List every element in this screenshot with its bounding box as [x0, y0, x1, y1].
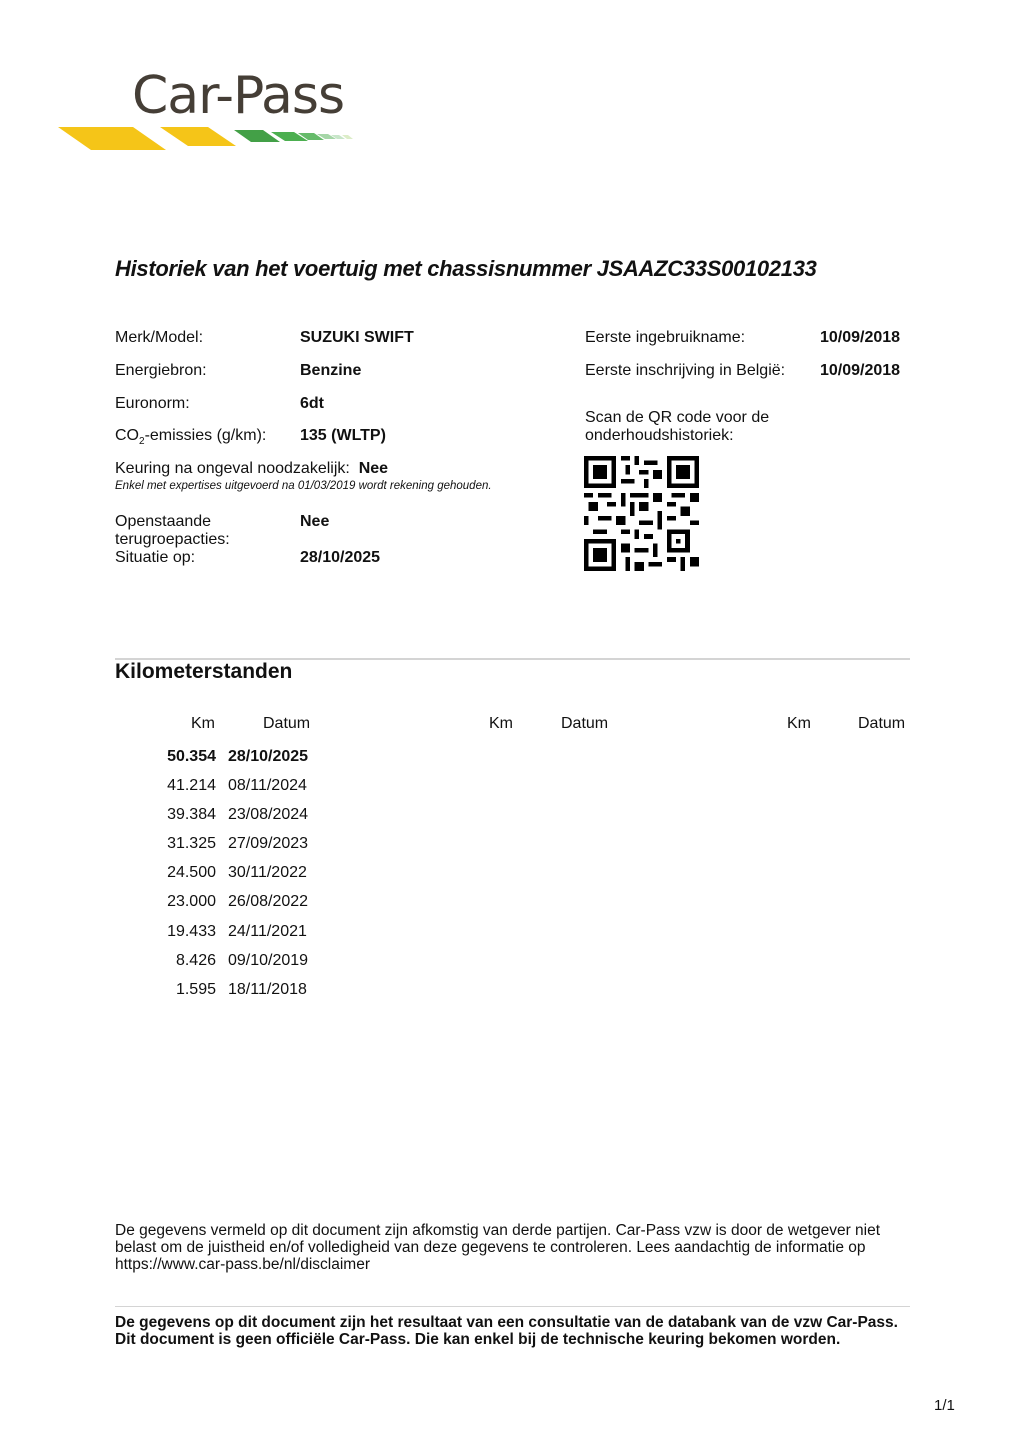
inspection-label: Keuring na ongeval noodzakelijk: [115, 460, 350, 477]
table-row: 41.21408/11/2024 [150, 777, 320, 801]
first-use-label: Eerste ingebruikname: [585, 329, 745, 347]
official-notice-line1: De gegevens op dit document zijn het res… [115, 1314, 925, 1331]
km-value: 19.433 [167, 923, 216, 941]
euronorm-value: 6dt [300, 395, 324, 413]
inspection-note: Enkel met expertises uitgevoerd na 01/03… [115, 480, 492, 492]
car-pass-logo-text: Car-Pass [132, 70, 344, 122]
date-value: 08/11/2024 [228, 777, 307, 795]
inspection-row: Keuring na ongeval noodzakelijk: Nee [115, 460, 388, 478]
km-header-3: Km [787, 715, 811, 733]
recalls-value: Nee [300, 513, 329, 531]
km-header-2: Km [489, 715, 513, 733]
table-row: 24.50030/11/2022 [150, 864, 320, 888]
date-value: 27/09/2023 [228, 835, 308, 853]
co2-label-suffix: -emissies (g/km): [145, 427, 267, 444]
first-registration-value: 10/09/2018 [820, 362, 900, 380]
date-value: 18/11/2018 [228, 981, 307, 999]
euronorm-label: Euronorm: [115, 395, 190, 413]
km-value: 23.000 [167, 893, 216, 911]
official-notice: De gegevens op dit document zijn het res… [115, 1314, 925, 1348]
first-use-value: 10/09/2018 [820, 329, 900, 347]
mileage-section-title: Kilometerstanden [115, 660, 292, 684]
table-row: 31.32527/09/2023 [150, 835, 320, 859]
table-row: 19.43324/11/2021 [150, 923, 320, 947]
recalls-label-line1: Openstaande [115, 513, 230, 531]
km-value: 24.500 [167, 864, 216, 882]
km-value: 1.595 [176, 981, 216, 999]
date-header-2: Datum [561, 715, 608, 733]
inspection-value: Nee [359, 460, 388, 477]
car-pass-logo-stripes [58, 124, 358, 154]
km-value: 8.426 [176, 952, 216, 970]
date-header-3: Datum [858, 715, 905, 733]
date-value: 28/10/2025 [228, 748, 308, 766]
km-value: 31.325 [167, 835, 216, 853]
situation-value: 28/10/2025 [300, 549, 380, 567]
qr-code-icon[interactable] [584, 456, 699, 571]
make-model-label: Merk/Model: [115, 329, 203, 347]
km-value: 41.214 [167, 777, 216, 795]
first-registration-label: Eerste inschrijving in België: [585, 362, 785, 380]
date-value: 23/08/2024 [228, 806, 308, 824]
page-number: 1/1 [934, 1397, 955, 1414]
date-header-1: Datum [263, 715, 310, 733]
table-row: 23.00026/08/2022 [150, 893, 320, 917]
date-value: 09/10/2019 [228, 952, 308, 970]
co2-label: CO2-emissies (g/km): [115, 427, 266, 447]
co2-value: 135 (WLTP) [300, 427, 386, 445]
document-title: Historiek van het voertuig met chassisnu… [115, 256, 817, 282]
km-header-1: Km [191, 715, 215, 733]
footer-divider [115, 1306, 910, 1307]
table-row: 39.38423/08/2024 [150, 806, 320, 830]
qr-label-line2: onderhoudshistoriek: [585, 427, 769, 445]
date-value: 30/11/2022 [228, 864, 307, 882]
recalls-label-line2: terugroepacties: [115, 531, 230, 549]
energy-value: Benzine [300, 362, 361, 380]
qr-label-line1: Scan de QR code voor de [585, 409, 769, 427]
date-value: 26/08/2022 [228, 893, 308, 911]
co2-label-prefix: CO [115, 427, 139, 444]
table-row: 50.35428/10/2025 [150, 748, 320, 772]
table-row: 1.59518/11/2018 [150, 981, 320, 1005]
disclaimer-text: De gegevens vermeld op dit document zijn… [115, 1222, 915, 1273]
table-row: 8.42609/10/2019 [150, 952, 320, 976]
recalls-label: Openstaandeterugroepacties: [115, 513, 230, 549]
official-notice-line2: Dit document is geen officiële Car-Pass.… [115, 1331, 925, 1348]
situation-label: Situatie op: [115, 549, 195, 567]
date-value: 24/11/2021 [228, 923, 307, 941]
make-model-value: SUZUKI SWIFT [300, 329, 414, 347]
qr-label: Scan de QR code voor deonderhoudshistori… [585, 409, 769, 445]
energy-label: Energiebron: [115, 362, 207, 380]
km-value: 50.354 [167, 748, 216, 766]
km-value: 39.384 [167, 806, 216, 824]
